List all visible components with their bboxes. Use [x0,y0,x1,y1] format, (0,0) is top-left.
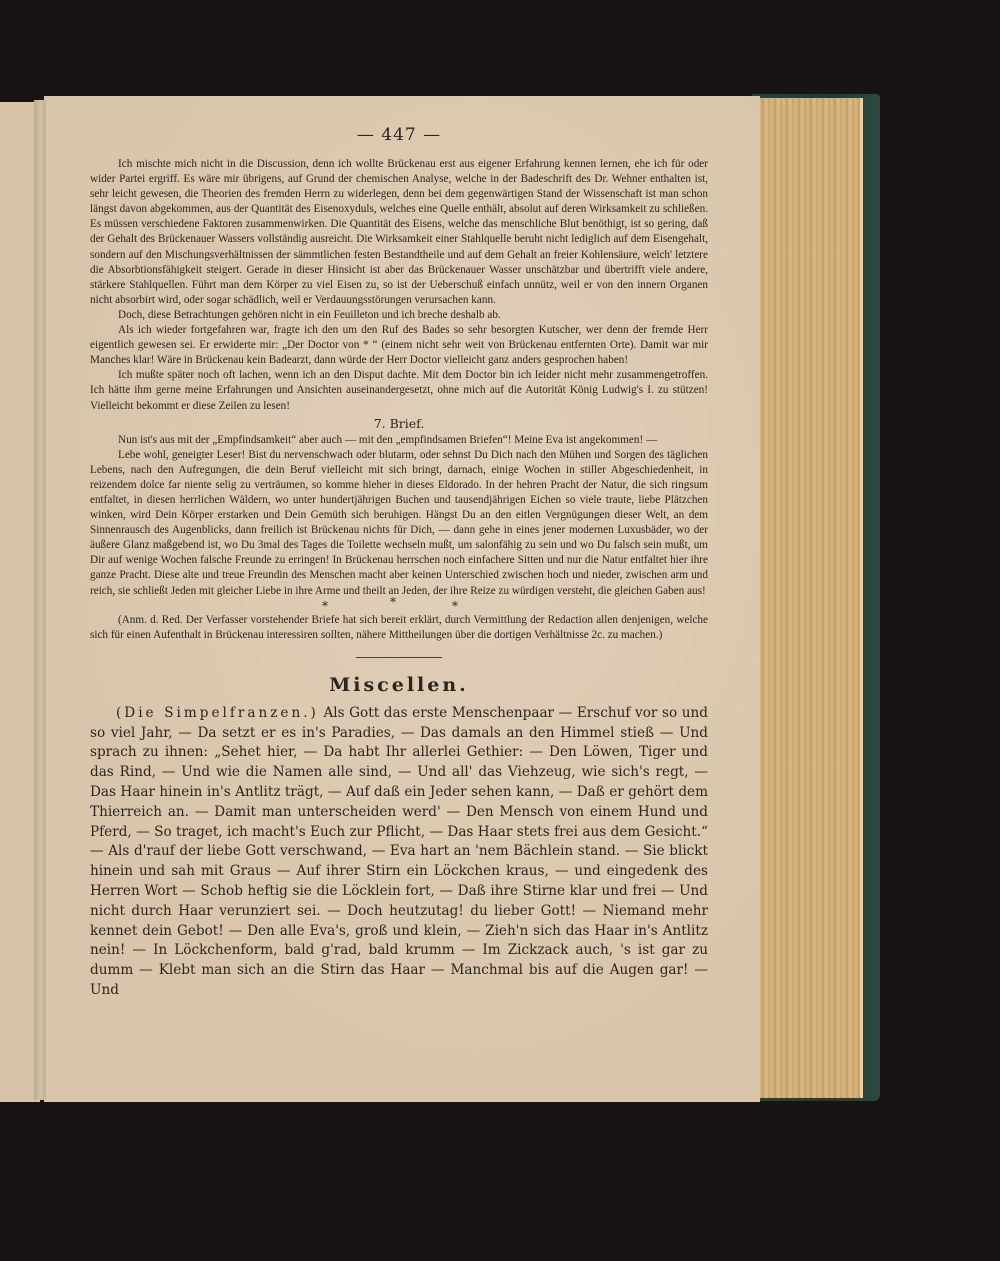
misc-item-title: (Die Simpelfranzen.) [116,705,319,721]
page-content: — 447 — Ich mischte mich nicht in die Di… [90,125,708,1001]
section-title-miscellen: Miscellen. [90,674,708,696]
editor-note: (Anm. d. Red. Der Verfasser vorstehender… [90,613,708,643]
star: * [322,599,328,613]
misc-item-text: Als Gott das erste Menschenpaar — Erschu… [90,705,708,998]
divider-rule [356,657,442,658]
paragraph: Ich mischte mich nicht in die Discussion… [90,157,708,308]
page-edges [757,98,863,1098]
misc-item: (Die Simpelfranzen.) Als Gott das erste … [90,704,708,1001]
paragraph: Als ich wieder fortgefahren war, fragte … [90,323,708,368]
page-number: — 447 — [90,125,708,145]
star: * [390,595,396,609]
letter-heading: 7. Brief. [90,416,708,431]
paragraph: Doch, diese Betrachtungen gehören nicht … [90,308,708,323]
star: * [452,599,458,613]
section-separator-stars: * * * [90,599,708,613]
paragraph: Lebe wohl, geneigter Leser! Bist du nerv… [90,448,708,599]
paragraph: Ich mußte später noch oft lachen, wenn i… [90,368,708,413]
paragraph: Nun ist's aus mit der „Empfindsamkeit“ a… [90,433,708,448]
book-gutter [34,100,46,1100]
